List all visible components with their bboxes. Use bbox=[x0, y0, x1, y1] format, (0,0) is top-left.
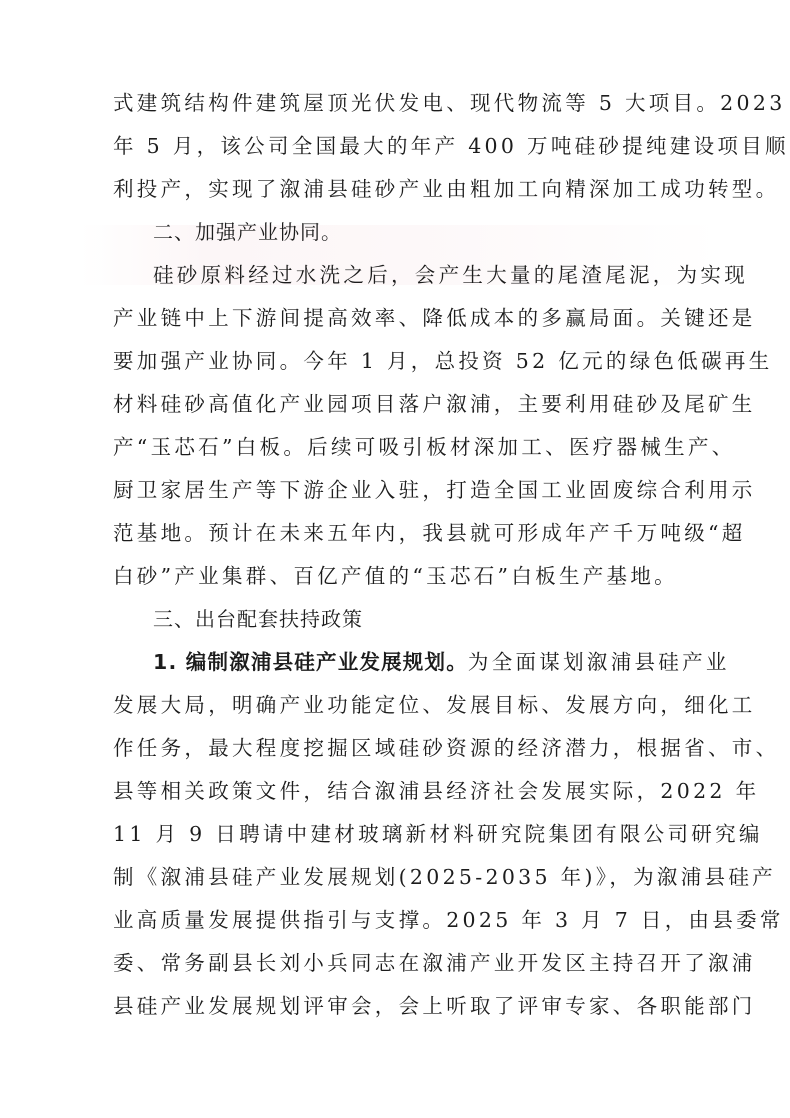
paragraph-line: 县硅产业发展规划评审会，会上听取了评审专家、各职能部门 bbox=[113, 991, 693, 1021]
document-page: 式建筑结构件建筑屋顶光伏发电、现代物流等 5 大项目。2023 年 5 月，该公… bbox=[0, 0, 790, 1118]
paragraph-line: 范基地。预计在未来五年内，我县就可形成年产千万吨级“超 bbox=[113, 518, 693, 548]
paragraph-line: 制《溆浦县硅产业发展规划(2025-2035 年)》，为溆浦县硅产 bbox=[113, 862, 693, 892]
section-heading-3: 三、出台配套扶持政策 bbox=[153, 604, 693, 634]
paragraph-text: 为全面谋划溆浦县硅产业 bbox=[468, 650, 730, 674]
paragraph-line: 县等相关政策文件，结合溆浦县经济社会发展实际，2022 年 bbox=[113, 776, 693, 806]
paragraph-line-with-lead: 1. 编制溆浦县硅产业发展规划。为全面谋划溆浦县硅产业 bbox=[153, 647, 693, 677]
paragraph-line: 利投产，实现了溆浦县硅砂产业由粗加工向精深加工成功转型。 bbox=[113, 174, 693, 204]
paragraph-line: 产“玉芯石”白板。后续可吸引板材深加工、医疗器械生产、 bbox=[113, 432, 693, 462]
paragraph-line: 式建筑结构件建筑屋顶光伏发电、现代物流等 5 大项目。2023 bbox=[113, 88, 693, 118]
paragraph-line: 硅砂原料经过水洗之后，会产生大量的尾渣尾泥，为实现 bbox=[153, 260, 693, 290]
paragraph-line: 作任务，最大程度挖掘区域硅砂资源的经济潜力，根据省、市、 bbox=[113, 733, 693, 763]
paragraph-line: 委、常务副县长刘小兵同志在溆浦产业开发区主持召开了溆浦 bbox=[113, 948, 693, 978]
section-heading-2: 二、加强产业协同。 bbox=[153, 217, 693, 247]
paragraph-line: 年 5 月，该公司全国最大的年产 400 万吨硅砂提纯建设项目顺 bbox=[113, 131, 693, 161]
paragraph-line: 11 月 9 日聘请中建材玻璃新材料研究院集团有限公司研究编 bbox=[113, 819, 693, 849]
subsection-title: 1. 编制溆浦县硅产业发展规划。 bbox=[153, 650, 468, 674]
paragraph-line: 要加强产业协同。今年 1 月，总投资 52 亿元的绿色低碳再生 bbox=[113, 346, 693, 376]
paragraph-line: 厨卫家居生产等下游企业入驻，打造全国工业固废综合利用示 bbox=[113, 475, 693, 505]
paragraph-line: 业高质量发展提供指引与支撑。2025 年 3 月 7 日，由县委常 bbox=[113, 905, 693, 935]
paragraph-line: 白砂”产业集群、百亿产值的“玉芯石”白板生产基地。 bbox=[113, 561, 693, 591]
paragraph-line: 材料硅砂高值化产业园项目落户溆浦，主要利用硅砂及尾矿生 bbox=[113, 389, 693, 419]
paragraph-line: 发展大局，明确产业功能定位、发展目标、发展方向，细化工 bbox=[113, 690, 693, 720]
paragraph-line: 产业链中上下游间提高效率、降低成本的多赢局面。关键还是 bbox=[113, 303, 693, 333]
